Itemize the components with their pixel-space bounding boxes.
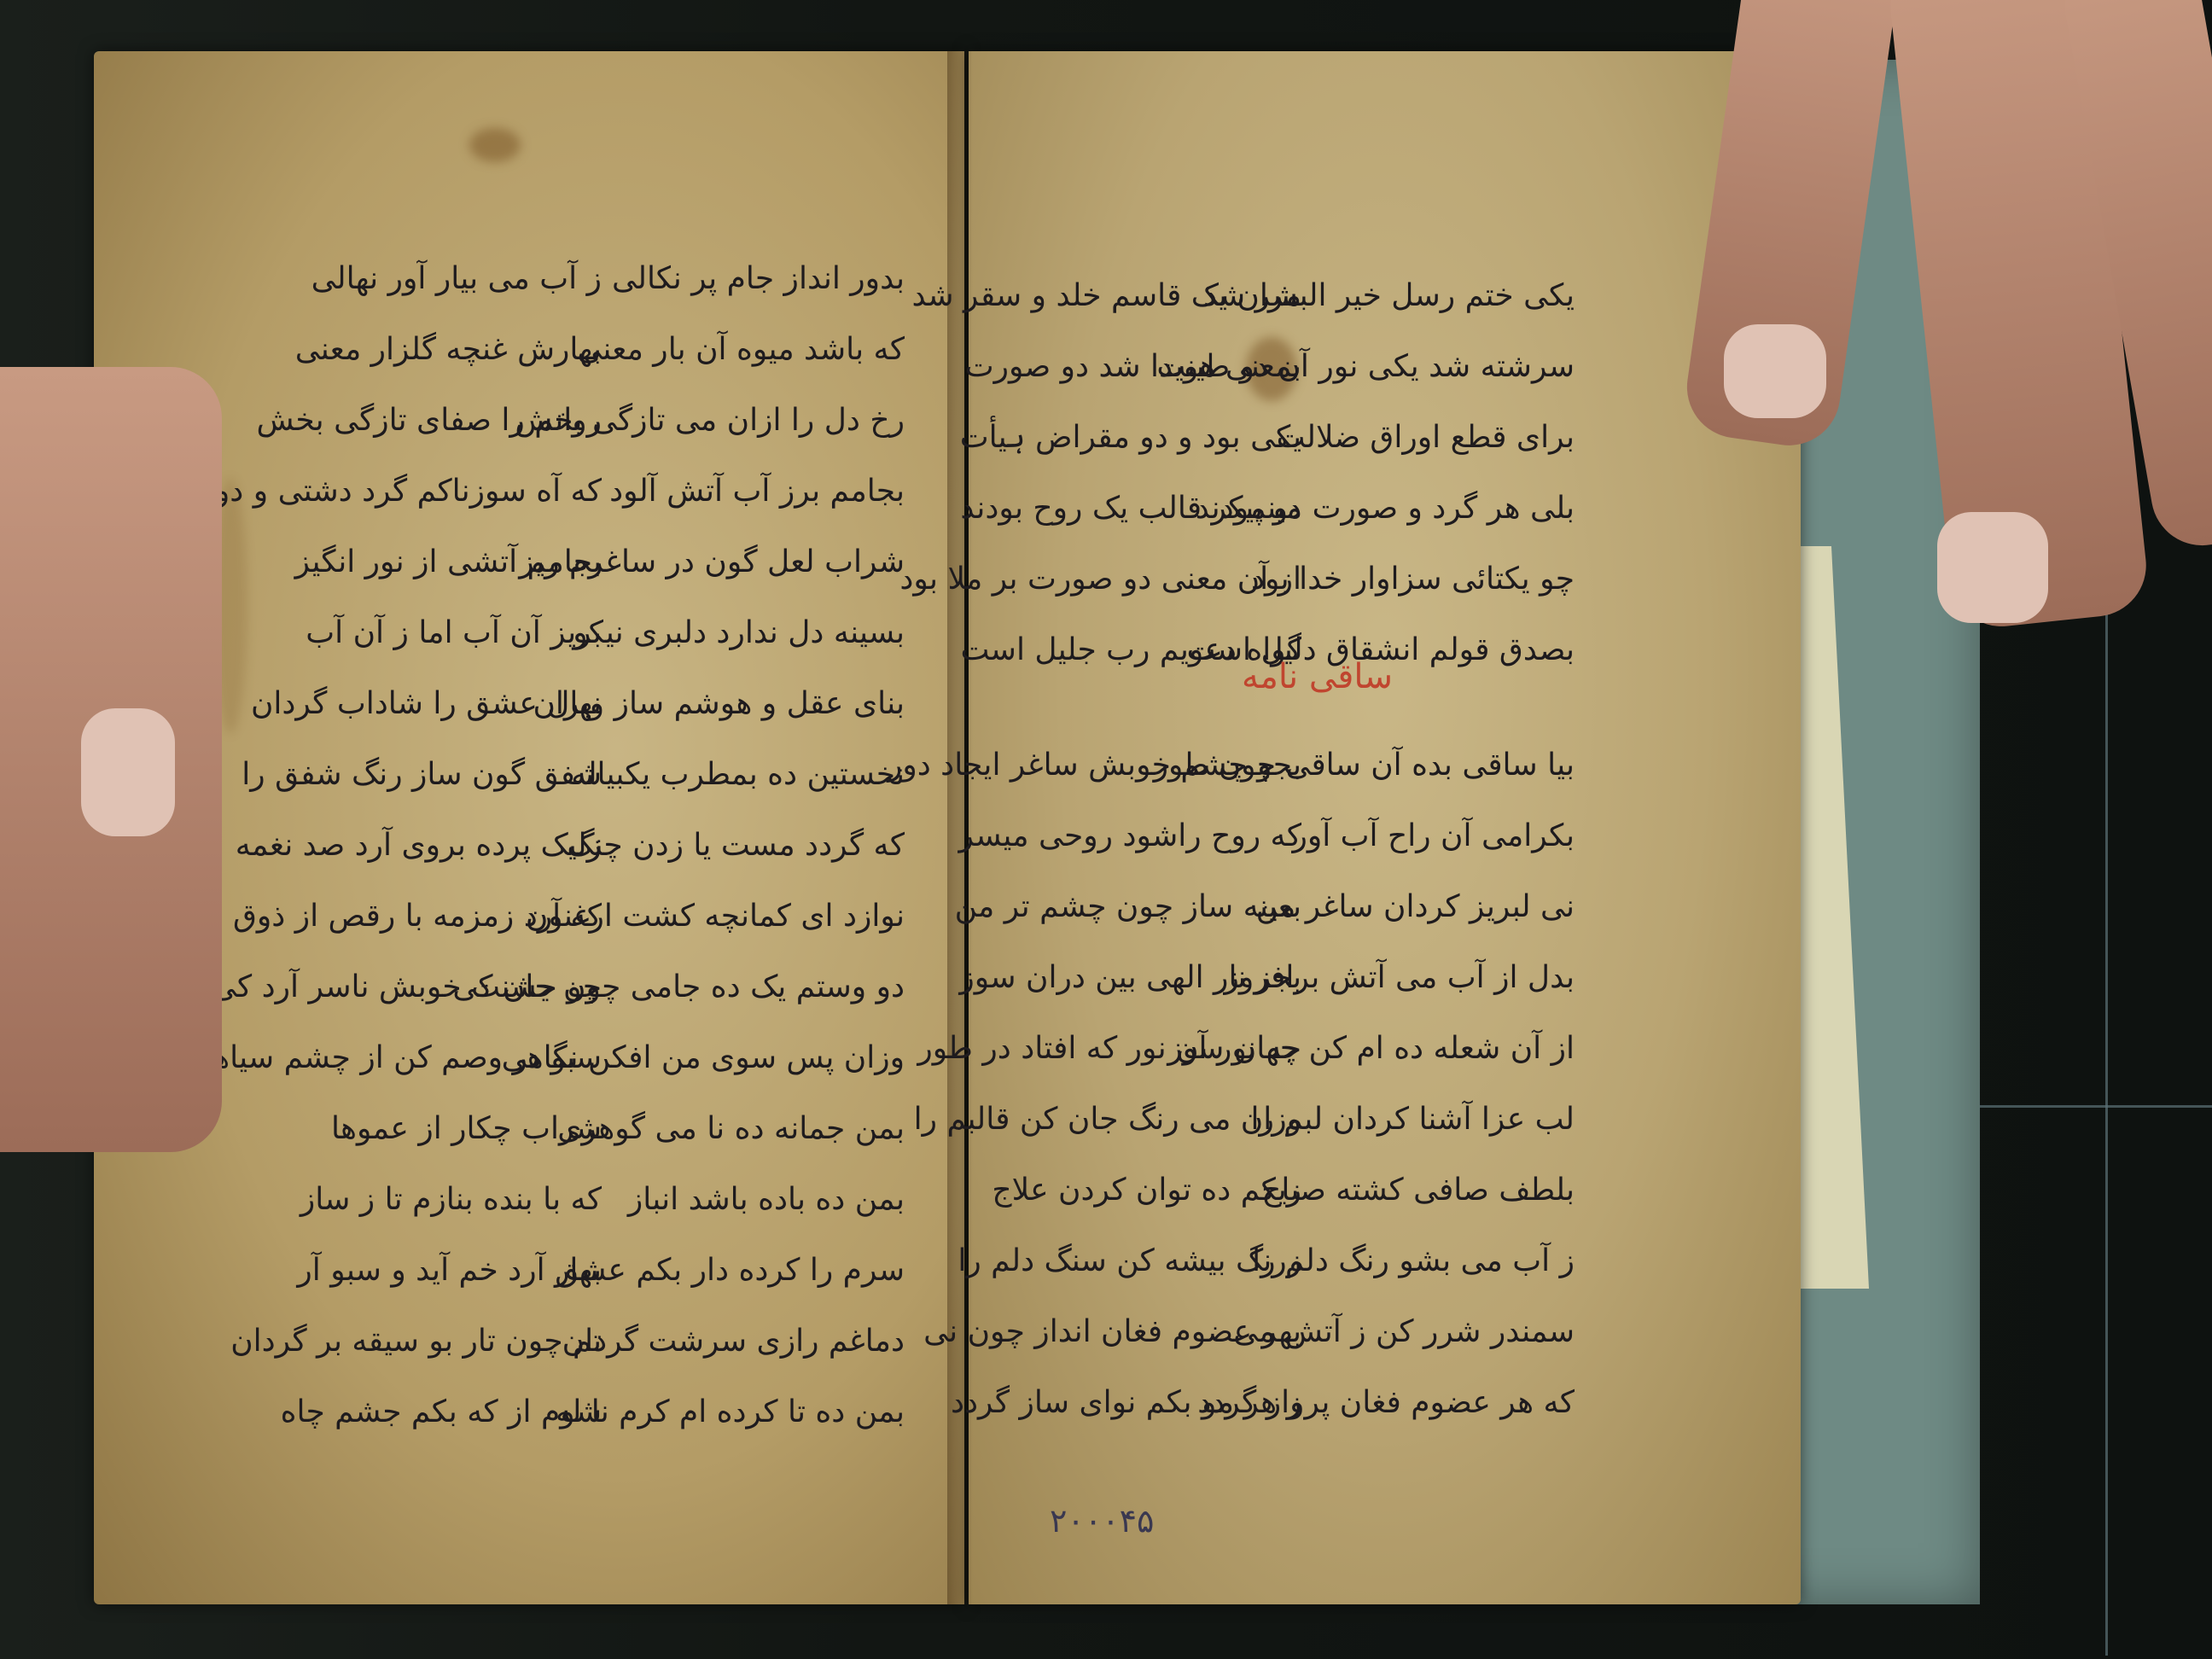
- verse-line: شوم از که بکم جشم چاه: [329, 1377, 602, 1447]
- mat-grid-line: [2105, 546, 2108, 1656]
- verse-line: وزان پس سوی من افکن نگاهی: [614, 1022, 905, 1093]
- verse-line: چو یکتائی سزاوار خدا بود: [1318, 544, 1575, 614]
- verse-line: بجو چشم خوبش ساغر ایجاد دور: [1028, 730, 1301, 800]
- stain: [469, 128, 521, 162]
- verse-line: بنای عقل و هوشم ساز ویران: [614, 668, 905, 739]
- rubric-heading: ساقی نامه: [1242, 657, 1393, 696]
- verse-line: سبو در وصم کن از چشم سیاهت: [329, 1022, 602, 1093]
- right-fingernail: [1724, 324, 1826, 418]
- verse-line: بلطف صافی کشته صباح: [1318, 1155, 1575, 1225]
- verse-line: نوازد ای کمانچه کشت ارغنون: [614, 881, 905, 952]
- verse-line: بمعنی هویدا شد دو صورت: [1028, 331, 1301, 402]
- verse-line: وزان می رنگ جان کن قالبم را: [1028, 1084, 1301, 1155]
- right-page-bottom-right-column: بیا ساقی بده آن ساقی چون طور بکرامی آن ر…: [1318, 730, 1575, 1438]
- verse-line: بمن ده باده باشد انباز: [614, 1164, 905, 1235]
- verse-line: نهال عشق را شاداب گردان: [329, 668, 602, 739]
- verse-line: لب عزا آشنا کردان لبم را: [1318, 1084, 1575, 1155]
- verse-line: که آرد زمزمه با رقص از ذوق: [329, 881, 602, 952]
- verse-line: بجامم برز آب آتش آلود: [614, 456, 905, 527]
- verse-line: تم چون تار بو سیقه بر گردان: [329, 1306, 602, 1377]
- verse-line: از آن شعله ده ام کن جهان سوز: [1318, 1013, 1575, 1084]
- verse-line: بدور انداز جام پر نکالی: [614, 243, 905, 314]
- verse-line: که با بنده بنازم تا ز ساز: [329, 1164, 602, 1235]
- verse-line: نی لبریز کردان ساغر من: [1318, 871, 1575, 942]
- verse-line: شراب لعل گون در ساغرم ریز: [614, 527, 905, 597]
- verse-line: ز آب می بیار آور نهالی: [329, 243, 602, 314]
- right-page-bottom-left-column: بجو چشم خوبش ساغر ایجاد دور که روح راشود…: [1028, 730, 1301, 1438]
- verse-line: شفق گون ساز رنگ شفق را: [329, 739, 602, 810]
- verse-line: شراب چکار از عموها: [329, 1093, 602, 1164]
- verse-line: چه نور آن نور که افتاد در طور: [1028, 1013, 1301, 1084]
- verse-line: بلی هر گرد و صورت مینمودند: [1318, 473, 1575, 544]
- verse-line: بمن ده تا کرده ام کرم نا له: [614, 1377, 905, 1447]
- verse-line: بیا ساقی بده آن ساقی چون طور: [1318, 730, 1575, 800]
- right-page-top-left-column: مران یک قاسم خلد و سقر شد بمعنی هویدا شد…: [1028, 260, 1301, 685]
- verse-line: بمن جمانه ده نا می گوهری: [614, 1093, 905, 1164]
- verse-line: دو وستم یک ده جامی چون جان کی: [614, 952, 905, 1022]
- verse-line: یکی بود و دو مقراض ہیأت: [1028, 402, 1301, 473]
- verse-line: که هر عضوم فغان پرواز گردد: [1318, 1367, 1575, 1438]
- verse-line: بعینه ساز چون چشم تر من: [1028, 871, 1301, 942]
- verse-line: دو پیکر قالب یک روح بودند: [1028, 473, 1301, 544]
- verse-line: سرم را کرده دار بکم عشق: [614, 1235, 905, 1306]
- folio-number: ۲۰۰۰۴۵: [1050, 1502, 1154, 1540]
- verse-line: بریز آن آب اما ز آن آب: [329, 597, 602, 668]
- verse-line: دماغم رازی سرشت گردان: [614, 1306, 905, 1377]
- verse-line: بجز نار الهی بین دران سوز: [1028, 942, 1301, 1013]
- left-page-left-column: ز آب می بیار آور نهالی بهارش غنچه گلزار …: [329, 243, 602, 1447]
- verse-line: بهر عضوم فغان انداز چون نی: [1028, 1296, 1301, 1367]
- verse-line: ز هر مو بکم نوای ساز گردد: [1028, 1367, 1301, 1438]
- right-fingernail: [1937, 512, 2048, 623]
- verse-line: بکرامی آن راح آب آور: [1318, 800, 1575, 871]
- verse-line: روانم را صفای تازگی بخش: [329, 385, 602, 456]
- left-thumbnail: [81, 708, 175, 836]
- verse-line: زیکم ده توان کردن علاج: [1028, 1155, 1301, 1225]
- verse-line: برای قطع اوراق ضلالت: [1318, 402, 1575, 473]
- verse-line: چو جشنت خوبش ناسر آرد کی: [329, 952, 602, 1022]
- verse-line: بجامم آتشی از نور انگیز: [329, 527, 602, 597]
- verse-line: زلیک پرده بروی آرد صد نغمه: [329, 810, 602, 881]
- verse-line: بدل از آب می آتش برافروز: [1318, 942, 1575, 1013]
- verse-line: بسینه دل ندارد دلبری نیکو: [614, 597, 905, 668]
- verse-line: رخ دل را ازان می تازگی بخش: [614, 385, 905, 456]
- verse-line: یکی ختم رسل خیر البشر شد: [1318, 260, 1575, 331]
- verse-line: که روح راشود روحی میسر: [1028, 800, 1301, 871]
- verse-line: ز آب می بشو رنگ دلم را: [1318, 1225, 1575, 1296]
- verse-line: بهار آرد خم آید و سبو آر: [329, 1235, 602, 1306]
- verse-line: نخستین ده بمطرب یکبیاله: [614, 739, 905, 810]
- left-page-right-column: بدور انداز جام پر نکالی که باشد میوه آن …: [614, 243, 905, 1447]
- verse-line: مران یک قاسم خلد و سقر شد: [1028, 260, 1301, 331]
- right-page-top-right-column: یکی ختم رسل خیر البشر شد سرشته شد یکی نو…: [1318, 260, 1575, 685]
- verse-line: سرشته شد یکی نور آن دو طینت: [1318, 331, 1575, 402]
- verse-line: از آن معنی دو صورت بر ملا بود: [1028, 544, 1301, 614]
- verse-line: که آه سوزناکم گرد دشتی و دود: [329, 456, 602, 527]
- verse-line: زرنگ بیشه کن سنگ دلم را: [1028, 1225, 1301, 1296]
- verse-line: که باشد میوه آن بار معنی: [614, 314, 905, 385]
- verse-line: بهارش غنچه گلزار معنی: [329, 314, 602, 385]
- verse-line: که گردد مست یا زدن چنگ: [614, 810, 905, 881]
- verse-line: سمندر شرر کن ز آتش می: [1318, 1296, 1575, 1367]
